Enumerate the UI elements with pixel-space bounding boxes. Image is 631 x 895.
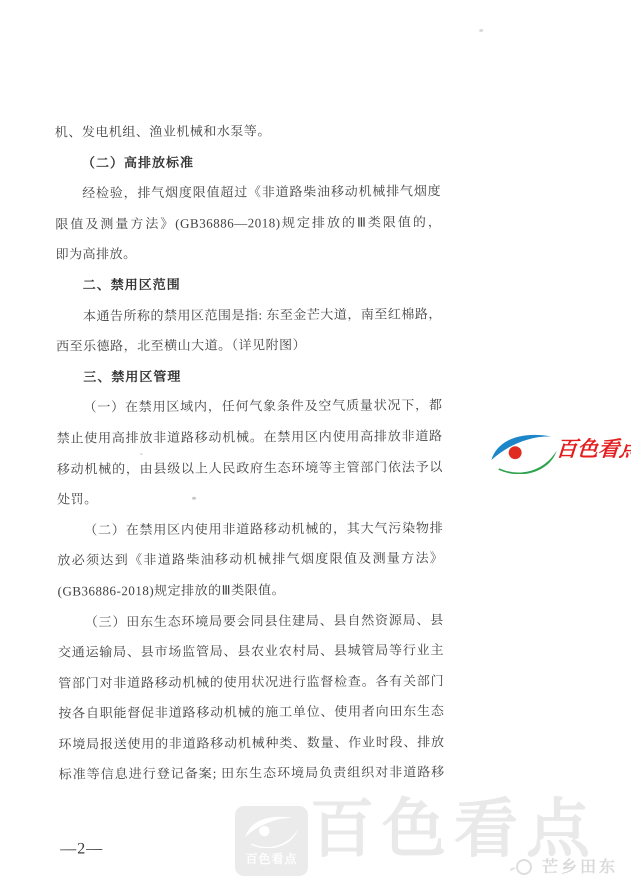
document-line: 限值及测量方法》(GB36886—2018)规定排放的Ⅲ类限值的， — [55, 207, 441, 240]
badge-watermark-label: 百色看点 — [235, 852, 308, 866]
mangxiang-watermark: 芒乡田东 — [516, 856, 631, 886]
swoosh-logo-icon — [244, 813, 299, 848]
mangxiang-label: 芒乡田东 — [542, 858, 618, 878]
document-line: 禁止使用高排放非道路移动机械。在禁用区内使用高排放非道路 — [57, 421, 443, 454]
site-watermark: 百色看点 — [490, 429, 631, 475]
section-heading: 三、禁用区管理 — [56, 360, 442, 393]
scan-speck — [192, 497, 196, 500]
document-line: 交通运输局、县市场监管局、县农业农村局、县城管局等行业主 — [58, 635, 444, 668]
document-line: 按各自职能督促非道路移动机械的施工单位、使用者向田东生态 — [58, 696, 444, 729]
document-line: 移动机械的，由县级以上人民政府生态环境等主管部门依法予以 — [57, 452, 443, 485]
document-line: （一）在禁用区域内，任何气象条件及空气质量状况下，都 — [56, 391, 442, 424]
document-line: （二）在禁用区内使用非道路移动机械的，其大气污染物排 — [57, 513, 443, 546]
document-line: (GB36886-2018)规定排放的Ⅲ类限值。 — [58, 574, 444, 607]
swoosh-logo-icon — [490, 430, 558, 474]
document-line: 即为高排放。 — [55, 238, 441, 271]
document-line: 机、发电机组、渔业机械和水泵等。 — [55, 115, 441, 148]
section-heading: 二、禁用区范围 — [56, 268, 442, 301]
scan-speck — [140, 453, 143, 455]
document-text-block: 机、发电机组、渔业机械和水泵等。 （二）高排放标准 经检验，排气烟度限值超过《非… — [55, 115, 445, 790]
document-page: 机、发电机组、渔业机械和水泵等。 （二）高排放标准 经检验，排气烟度限值超过《非… — [0, 0, 631, 895]
badge-watermark: 百色看点 — [235, 806, 308, 876]
document-line: 标准等信息进行登记备案; 田东生态环境局负责组织对非道路移 — [59, 758, 445, 791]
circle-logo-icon — [516, 859, 532, 875]
document-line: 环境局报送使用的非道路移动机械种类、数量、作业时段、排放 — [58, 727, 444, 760]
ghost-watermark-text: 百色看点 — [310, 795, 598, 863]
site-watermark-label: 百色看点 — [555, 439, 631, 461]
document-line: 经检验，排气烟度限值超过《非道路柴油移动机械排气烟度 — [55, 176, 441, 209]
section-heading: （二）高排放标准 — [55, 146, 441, 179]
document-line: 管部门对非道路移动机械的使用状况进行监督检查。各有关部门 — [58, 666, 444, 699]
document-line: 处罚。 — [57, 482, 443, 515]
document-line: （三）田东生态环境局要会同县住建局、县自然资源局、县 — [58, 605, 444, 638]
document-line: 本通告所称的禁用区范围是指: 东至金芒大道，南至红棉路， — [56, 299, 442, 332]
document-line: 西至乐德路，北至横山大道。（详见附图） — [56, 329, 442, 362]
document-line: 放必须达到《非道路柴油移动机械排气烟度限值及测量方法》 — [57, 544, 443, 577]
page-number: —2— — [60, 839, 103, 859]
scan-speck — [479, 29, 483, 32]
